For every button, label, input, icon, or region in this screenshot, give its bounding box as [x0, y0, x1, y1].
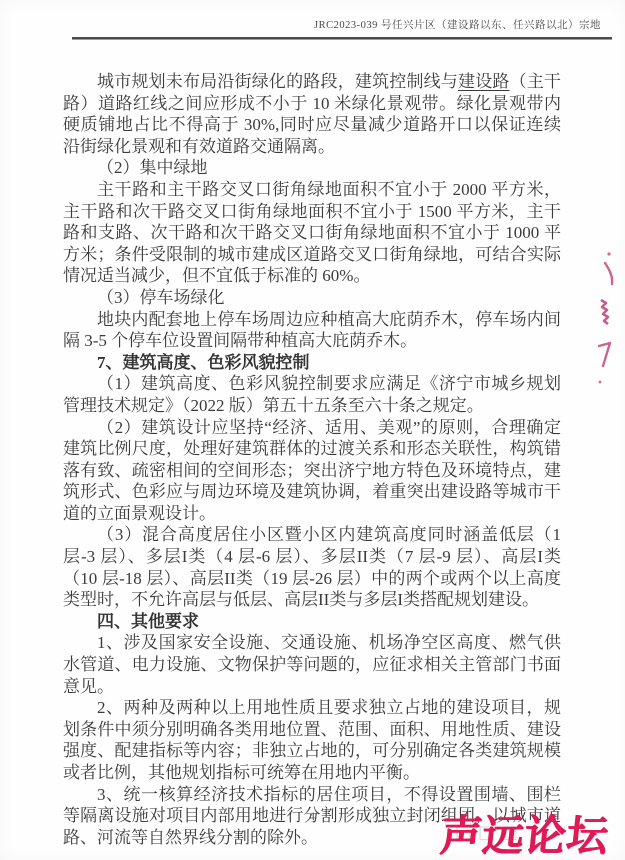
underlined-road-name: 建设路 [458, 72, 510, 91]
section-heading-other-requirements: 四、其他要求 [63, 611, 561, 633]
document-header-title: JRC2023-039 号任兴片区（建设路以东、任兴路以北）宗地 [63, 17, 601, 32]
paragraph-text: 城市规划未布局沿街绿化的路段，建筑控制线与 [97, 72, 458, 91]
stamp-fragment-icon [592, 245, 625, 390]
body-paragraph: 地块内配套地上停车场周边应种植高大庇荫乔木，停车场内间隔 3-5 个停车位设置间… [63, 309, 561, 352]
body-paragraph: 2、两种及两种以上用地性质且要求独立占地的建设项目，规划条件中须分别明确各类用地… [63, 697, 561, 783]
body-paragraph: （2）建筑设计应坚持“经济、适用、美观”的原则，合理确定建筑比例尺度，处理好建筑… [63, 417, 561, 525]
header-divider-line [72, 37, 612, 40]
body-paragraph: 主干路和主干路交叉口街角绿地面积不宜小于 2000 平方米，主干路和次干路交叉口… [63, 179, 561, 287]
body-paragraph: 城市规划未布局沿街绿化的路段，建筑控制线与建设路（主干路）道路红线之间应形成不小… [63, 71, 561, 157]
document-body: 城市规划未布局沿街绿化的路段，建筑控制线与建设路（主干路）道路红线之间应形成不小… [63, 71, 561, 848]
body-paragraph: （3）混合高度居住小区暨小区内建筑高度同时涵盖低层（1 层-3 层）、多层I类（… [63, 524, 561, 610]
scanned-document-page: JRC2023-039 号任兴片区（建设路以东、任兴路以北）宗地 城市规划未布局… [0, 0, 625, 860]
section-heading-building-height: 7、建筑高度、色彩风貌控制 [63, 352, 561, 374]
sub-heading-parking-green: （3）停车场绿化 [63, 287, 561, 309]
body-paragraph: （1）建筑高度、色彩风貌控制要求应满足《济宁市城乡规划管理技术规定》（2022 … [63, 373, 561, 416]
body-paragraph: 1、涉及国家安全设施、交通设施、机场净空区高度、燃气供水管道、电力设施、文物保护… [63, 632, 561, 697]
forum-watermark-logo: 声远论坛 [438, 802, 625, 860]
sub-heading-concentrated-green: （2）集中绿地 [63, 157, 561, 179]
